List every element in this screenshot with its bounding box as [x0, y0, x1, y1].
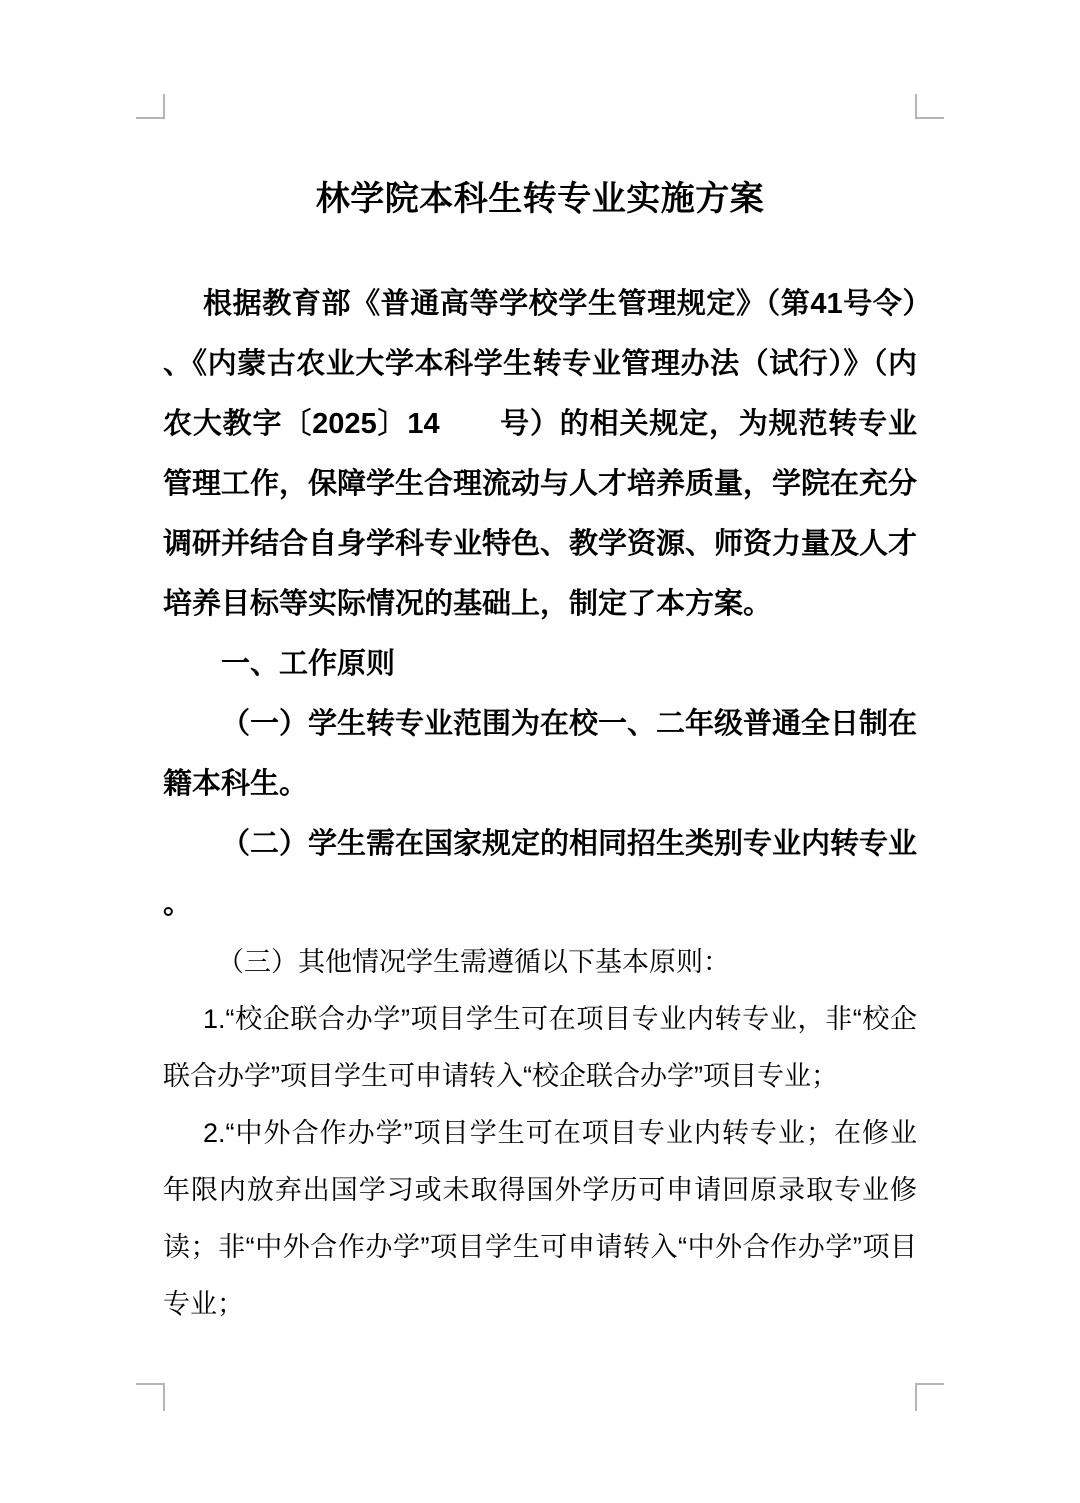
numbered-item-2: 2.“中外合作办学”项目学生可在项目专业内转专业；在修业年限内放弃出国学习或未取…: [163, 1105, 917, 1333]
numbered-item-1: 1.“校企联合办学”项目学生可在项目专业内转专业，非“校企联合办学”项目学生可申…: [163, 991, 917, 1105]
document-body: 林学院本科生转专业实施方案 根据教育部《普通高等学校学生管理规定》（第41号令）…: [163, 0, 917, 1333]
margin-mark-top-left-icon: [136, 94, 165, 119]
clause-2-paragraph: （二）学生需在国家规定的相同招生类别专业内转专业。: [163, 814, 917, 934]
clause-3-paragraph: （三）其他情况学生需遵循以下基本原则：: [163, 934, 917, 991]
margin-mark-bottom-right-icon: [915, 1383, 944, 1411]
clause-1-paragraph: （一）学生转专业范围为在校一、二年级普通全日制在籍本科生。: [163, 694, 917, 814]
intro-paragraph: 根据教育部《普通高等学校学生管理规定》（第41号令）、《内蒙古农业大学本科学生转…: [163, 274, 917, 634]
margin-mark-bottom-left-icon: [136, 1383, 165, 1411]
document-title: 林学院本科生转专业实施方案: [163, 176, 917, 222]
margin-mark-top-right-icon: [915, 94, 944, 119]
document-page: 林学院本科生转专业实施方案 根据教育部《普通高等学校学生管理规定》（第41号令）…: [0, 0, 1080, 1503]
section-heading-work-principles: 一、工作原则: [163, 634, 917, 694]
